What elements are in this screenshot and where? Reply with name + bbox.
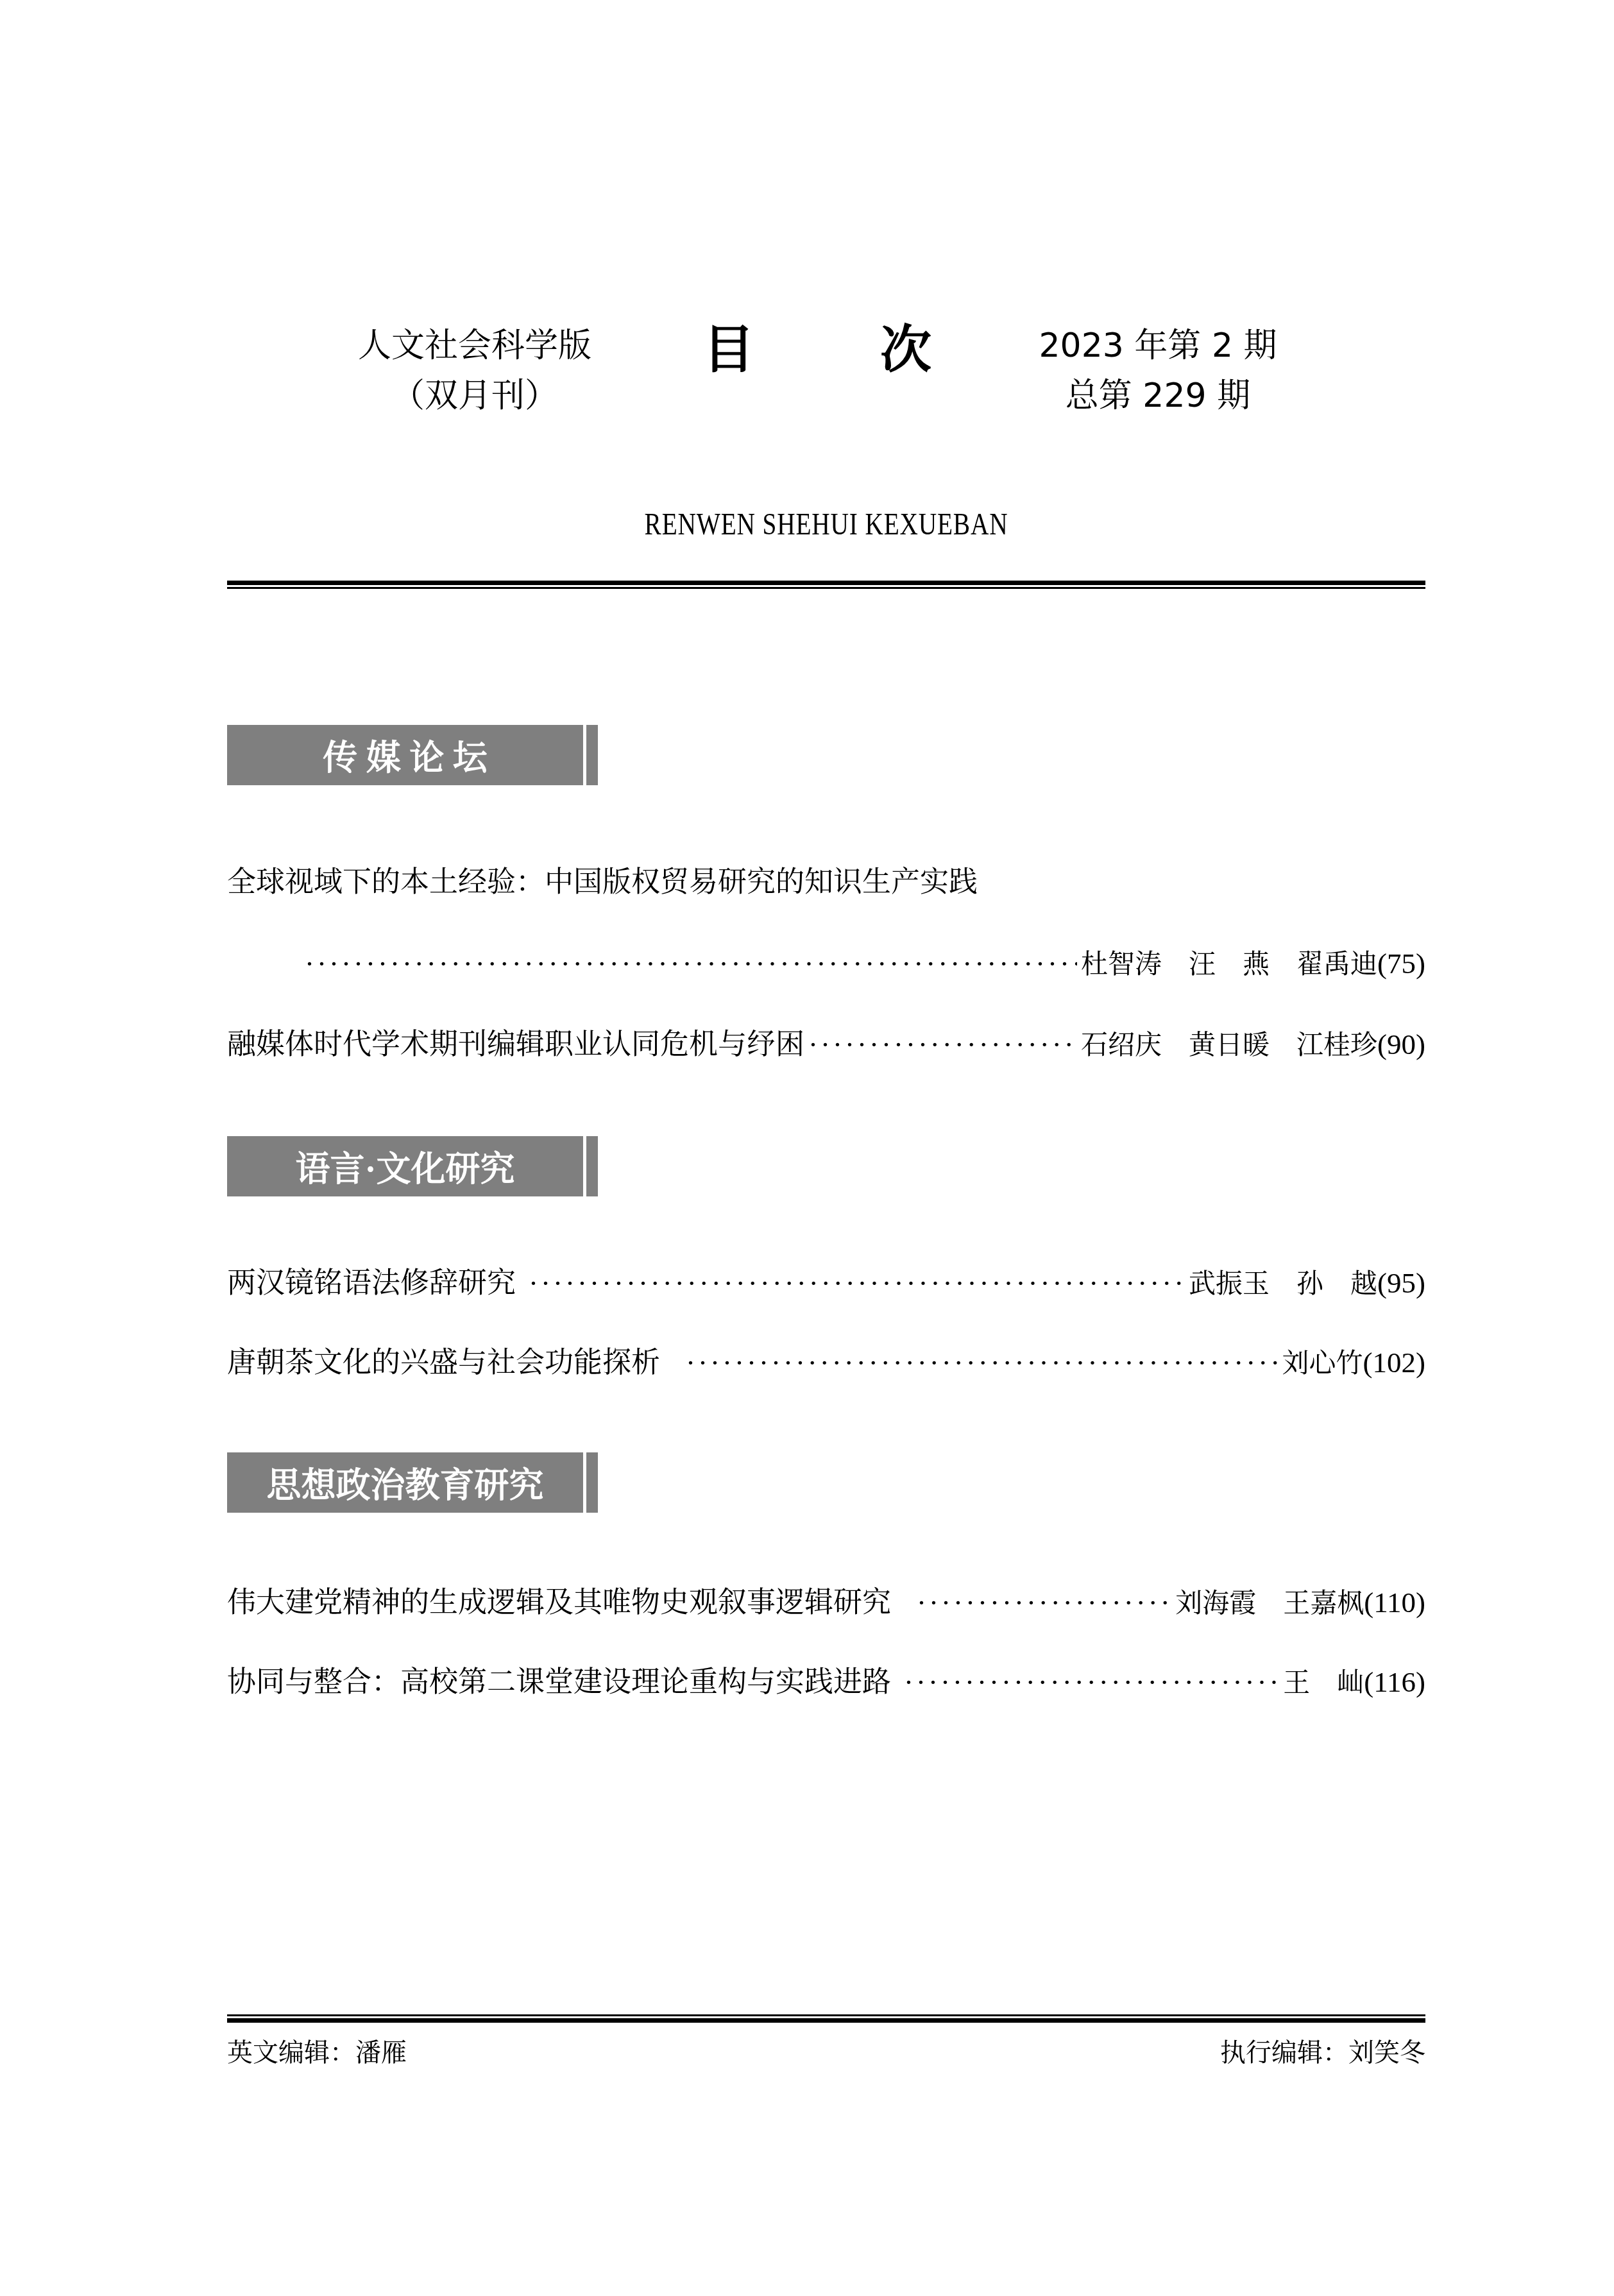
edition-frequency: （双月刊） bbox=[334, 371, 616, 421]
leader-dots: ········································… bbox=[808, 1025, 1077, 1064]
section-heading: 思想政治教育研究 bbox=[227, 1452, 583, 1513]
leader-dots: ········································… bbox=[686, 1343, 1278, 1382]
article-authors: 刘海霞 王嘉枫 bbox=[1175, 1584, 1364, 1622]
article-page: (75) bbox=[1377, 944, 1425, 983]
article-title[interactable]: 两汉镜铭语法修辞研究 bbox=[227, 1264, 516, 1302]
leader-dots: ········································… bbox=[917, 1583, 1171, 1622]
article-title[interactable]: 唐朝茶文化的兴盛与社会功能探析 bbox=[227, 1343, 660, 1382]
article-authors: 杜智涛 汪 燕 翟禹迪 bbox=[1081, 945, 1377, 983]
article-page: (90) bbox=[1377, 1025, 1425, 1064]
header-rule-thin bbox=[227, 587, 1425, 589]
article-authors: 武振玉 孙 越 bbox=[1189, 1264, 1377, 1303]
issue-number: 2023 年第 2 期 bbox=[1026, 321, 1289, 371]
toc-entry[interactable]: 伟大建党精神的生成逻辑及其唯物史观叙事逻辑研究 ················… bbox=[227, 1583, 1425, 1622]
toc-entry[interactable]: 唐朝茶文化的兴盛与社会功能探析 ························… bbox=[227, 1343, 1425, 1382]
article-authors: 石绍庆 黄日暖 江桂珍 bbox=[1081, 1026, 1377, 1064]
pinyin-title: RENWEN SHEHUI KEXUEBAN bbox=[335, 507, 1318, 542]
edition-name: 人文社会科学版 bbox=[334, 321, 616, 371]
section-heading-bar bbox=[586, 1136, 598, 1196]
page-title-char-2: 次 bbox=[880, 321, 931, 378]
executive-editor: 执行编辑：刘笑冬 bbox=[1220, 2032, 1425, 2069]
leader-dots: ········································… bbox=[904, 1663, 1279, 1701]
leader-dots: ········································… bbox=[305, 944, 1077, 983]
article-title[interactable]: 全球视域下的本土经验：中国版权贸易研究的知识生产实践 bbox=[227, 863, 978, 901]
toc-entry[interactable]: 融媒体时代学术期刊编辑职业认同危机与纾困 ···················… bbox=[227, 1025, 1425, 1064]
article-title[interactable]: 融媒体时代学术期刊编辑职业认同危机与纾困 bbox=[227, 1025, 804, 1064]
leader-dots: ········································… bbox=[529, 1264, 1185, 1302]
footer-rule-thick bbox=[227, 2018, 1425, 2023]
article-page: (95) bbox=[1377, 1264, 1425, 1302]
article-page: (102) bbox=[1363, 1343, 1425, 1382]
article-title[interactable]: 协同与整合：高校第二课堂建设理论重构与实践进路 bbox=[227, 1663, 891, 1701]
english-editor: 英文编辑：潘雁 bbox=[227, 2032, 407, 2069]
header-rule-thick bbox=[227, 581, 1425, 585]
journal-edition: 人文社会科学版 （双月刊） bbox=[334, 321, 616, 421]
article-title[interactable]: 伟大建党精神的生成逻辑及其唯物史观叙事逻辑研究 bbox=[227, 1583, 891, 1622]
toc-entry[interactable]: 协同与整合：高校第二课堂建设理论重构与实践进路 ················… bbox=[227, 1663, 1425, 1701]
article-page: (116) bbox=[1364, 1663, 1425, 1701]
article-authors: 王 屾 bbox=[1283, 1663, 1364, 1702]
issue-total: 总第 229 期 bbox=[1026, 371, 1289, 421]
issue-info: 2023 年第 2 期 总第 229 期 bbox=[1026, 321, 1289, 421]
section-heading: 传 媒 论 坛 bbox=[227, 725, 583, 785]
section-heading-bar bbox=[586, 1452, 598, 1513]
toc-entry[interactable]: 两汉镜铭语法修辞研究 ·····························… bbox=[227, 1264, 1425, 1302]
toc-entry[interactable]: 全球视域下的本土经验：中国版权贸易研究的知识生产实践 bbox=[227, 863, 1425, 901]
article-authors: 刘心竹 bbox=[1282, 1344, 1363, 1382]
footer-rule-thin bbox=[227, 2014, 1425, 2016]
section-heading-bar bbox=[586, 725, 598, 785]
section-heading: 语言·文化研究 bbox=[227, 1136, 583, 1196]
toc-entry-continuation: ········································… bbox=[305, 944, 1425, 983]
article-page: (110) bbox=[1364, 1583, 1425, 1622]
page-title-char-1: 目 bbox=[703, 321, 754, 378]
